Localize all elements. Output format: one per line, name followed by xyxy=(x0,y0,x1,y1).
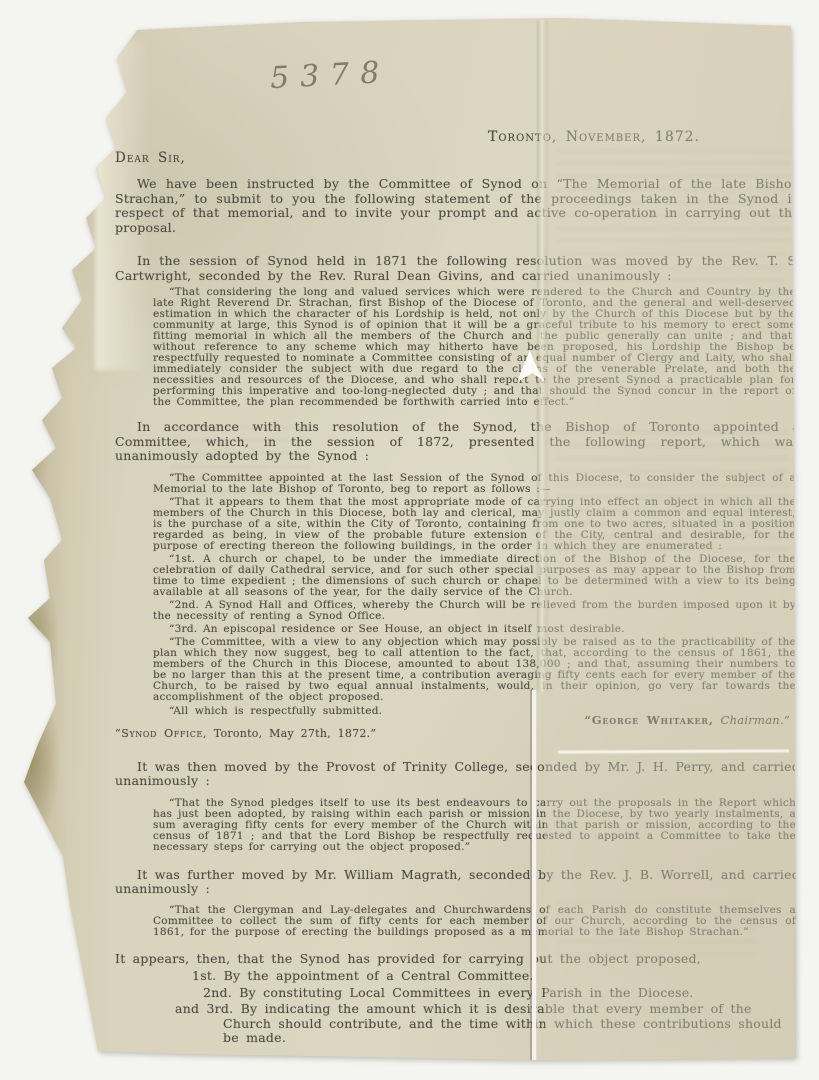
moved-magrath-paragraph: It was further moved by Mr. William Magr… xyxy=(115,868,800,897)
torn-left-edge xyxy=(0,0,120,1080)
report-intro-quote: “The Committee appointed at the last Ses… xyxy=(115,473,800,495)
moved-provost-paragraph: It was then moved by the Provost of Trin… xyxy=(115,760,800,789)
resolution-1871-quote: “That considering the long and valued se… xyxy=(115,287,800,408)
provision-first: 1st. By the appointment of a Central Com… xyxy=(115,969,800,984)
appears-paragraph: It appears, then, that the Synod has pro… xyxy=(115,952,800,967)
intro-paragraph: We have been instructed by the Committee… xyxy=(115,177,800,235)
accordance-paragraph: In accordance with this resolution of th… xyxy=(115,420,800,464)
report-item-second: “2nd. A Synod Hall and Offices, whereby … xyxy=(115,600,800,622)
scanned-document-scene: 5378 Toronto, November, 1872. Dear Sir, … xyxy=(0,0,819,1080)
moved-1871-paragraph: In the session of Synod held in 1871 the… xyxy=(115,254,800,283)
salutation: Dear Sir, xyxy=(115,151,800,166)
synod-office-prefix: “Synod Office, xyxy=(115,727,207,740)
clergy-resolution-quote: “That the Clergyman and Lay-delegates an… xyxy=(115,905,800,938)
letter-page: 5378 Toronto, November, 1872. Dear Sir, … xyxy=(0,0,819,1080)
synod-office-line: “Synod Office, Toronto, May 27th, 1872.” xyxy=(115,728,800,740)
paper-shadow-wrap: 5378 Toronto, November, 1872. Dear Sir, … xyxy=(0,0,819,1080)
committee-note-quote: “The Committee, with a view to any objec… xyxy=(115,637,800,703)
report-item-first: “1st. A church or chapel, to be under th… xyxy=(115,554,800,598)
pledge-resolution-quote: “That the Synod pledges itself to use it… xyxy=(115,798,800,853)
report-item-third: “3rd. An episcopal residence or See Hous… xyxy=(115,624,800,635)
report-body-quote: “That it appears to them that the most a… xyxy=(115,497,800,552)
letter-body: Toronto, November, 1872. Dear Sir, We ha… xyxy=(115,0,800,1046)
dateline: Toronto, November, 1872. xyxy=(115,130,800,145)
provision-third: and 3rd. By indicating the amount which … xyxy=(115,1002,800,1046)
synod-office-rest: Toronto, May 27th, 1872.” xyxy=(214,727,377,740)
signature-name: “George Whitaker, xyxy=(584,713,713,727)
provision-second: 2nd. By constituting Local Committees in… xyxy=(115,986,800,1001)
signature-title: Chairman.” xyxy=(721,713,790,727)
